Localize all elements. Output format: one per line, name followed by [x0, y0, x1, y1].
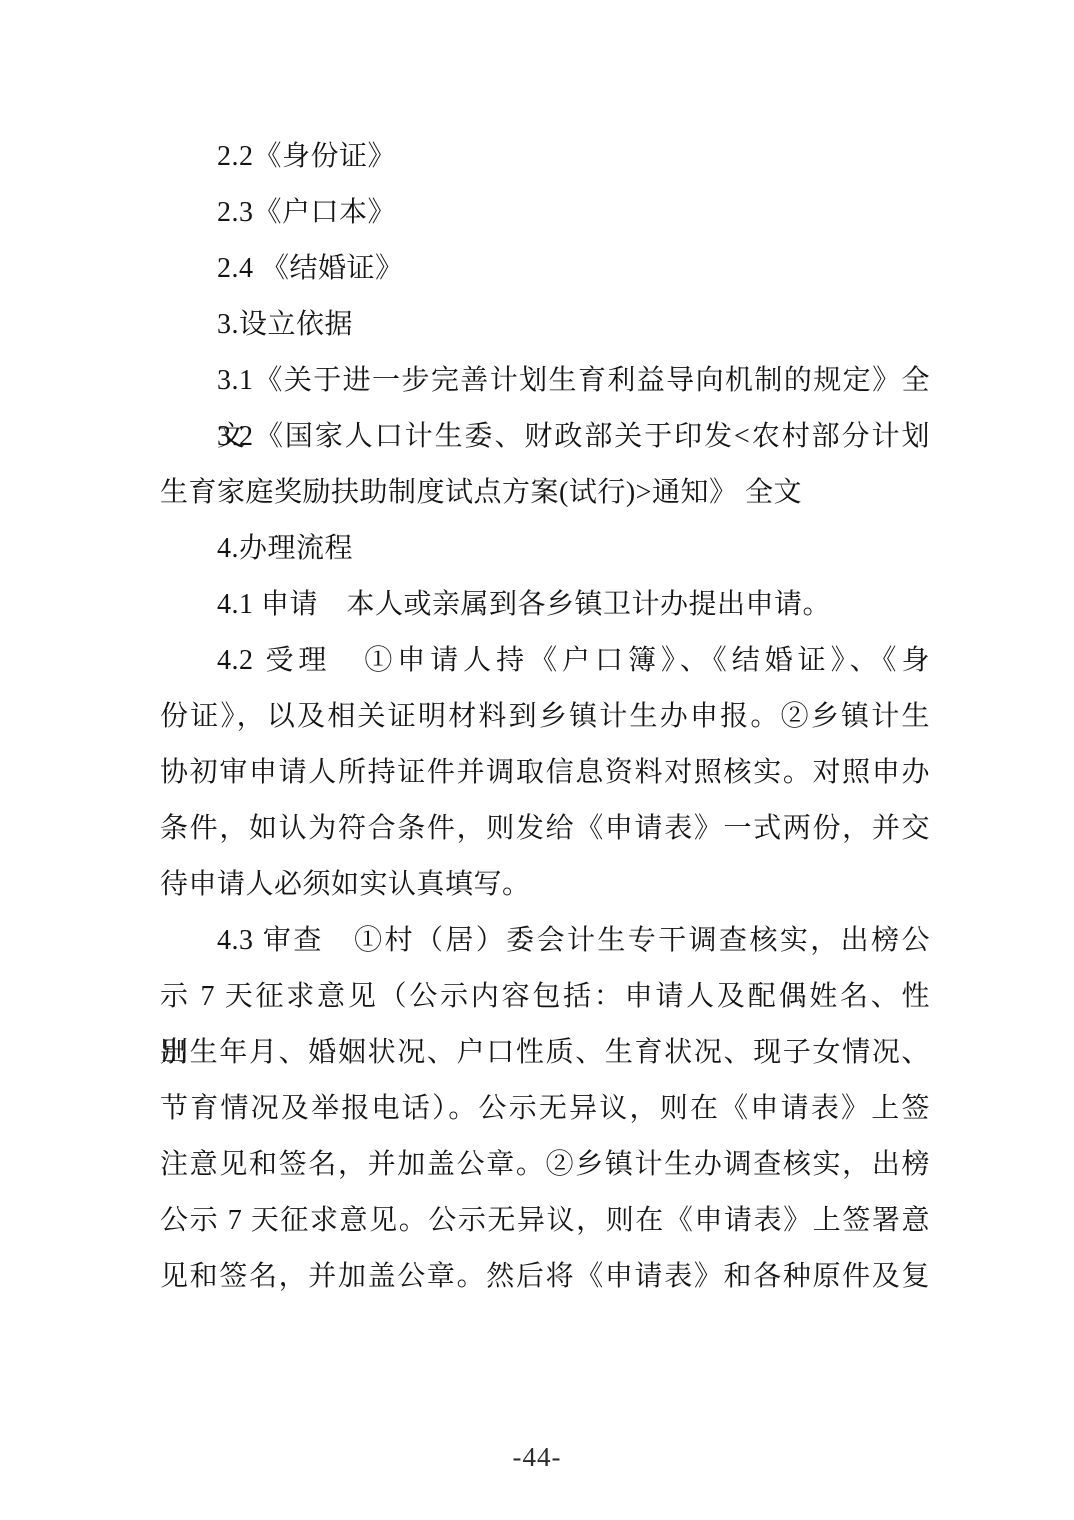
- section-heading: 4.办理流程: [160, 521, 930, 577]
- text-line: 出生年月、婚姻状况、户口性质、生育状况、现子女情况、: [160, 1025, 930, 1081]
- text-line: 示 7 天征求意见（公示内容包括：申请人及配偶姓名、性别、: [160, 969, 930, 1025]
- text-line: 3.1《关于进一步完善计划生育利益导向机制的规定》全文: [160, 353, 930, 409]
- page-number: -44-: [0, 1442, 1074, 1473]
- text-line: 见和签名，并加盖公章。然后将《申请表》和各种原件及复: [160, 1249, 930, 1305]
- text-line: 4.3 审查 ①村（居）委会计生专干调查核实，出榜公: [160, 913, 930, 969]
- text-line: 生育家庭奖励扶助制度试点方案(试行)>通知》 全文: [160, 465, 930, 521]
- text-line: 节育情况及举报电话）。公示无异议，则在《申请表》上签: [160, 1081, 930, 1137]
- text-line: 2.3《户口本》: [160, 185, 930, 241]
- text-line: 2.4 《结婚证》: [160, 241, 930, 297]
- text-line: 4.2 受理 ①申请人持《户口簿》、《结婚证》、《身: [160, 633, 930, 689]
- text-line: 2.2《身份证》: [160, 129, 930, 185]
- document-page: 2.2《身份证》 2.3《户口本》 2.4 《结婚证》 3.设立依据 3.1《关…: [0, 0, 1074, 1520]
- text-line: 协初审申请人所持证件并调取信息资料对照核实。对照申办: [160, 745, 930, 801]
- text-line: 注意见和签名，并加盖公章。②乡镇计生办调查核实，出榜: [160, 1137, 930, 1193]
- text-line: 待申请人必须如实认真填写。: [160, 857, 930, 913]
- text-line: 份证》，以及相关证明材料到乡镇计生办申报。②乡镇计生: [160, 689, 930, 745]
- document-body: 2.2《身份证》 2.3《户口本》 2.4 《结婚证》 3.设立依据 3.1《关…: [160, 129, 930, 1305]
- text-line: 3.2《国家人口计生委、财政部关于印发<农村部分计划: [160, 409, 930, 465]
- section-heading: 3.设立依据: [160, 297, 930, 353]
- text-line: 条件，如认为符合条件，则发给《申请表》一式两份，并交: [160, 801, 930, 857]
- text-line: 4.1 申请 本人或亲属到各乡镇卫计办提出申请。: [160, 577, 930, 633]
- text-line: 公示 7 天征求意见。公示无异议，则在《申请表》上签署意: [160, 1193, 930, 1249]
